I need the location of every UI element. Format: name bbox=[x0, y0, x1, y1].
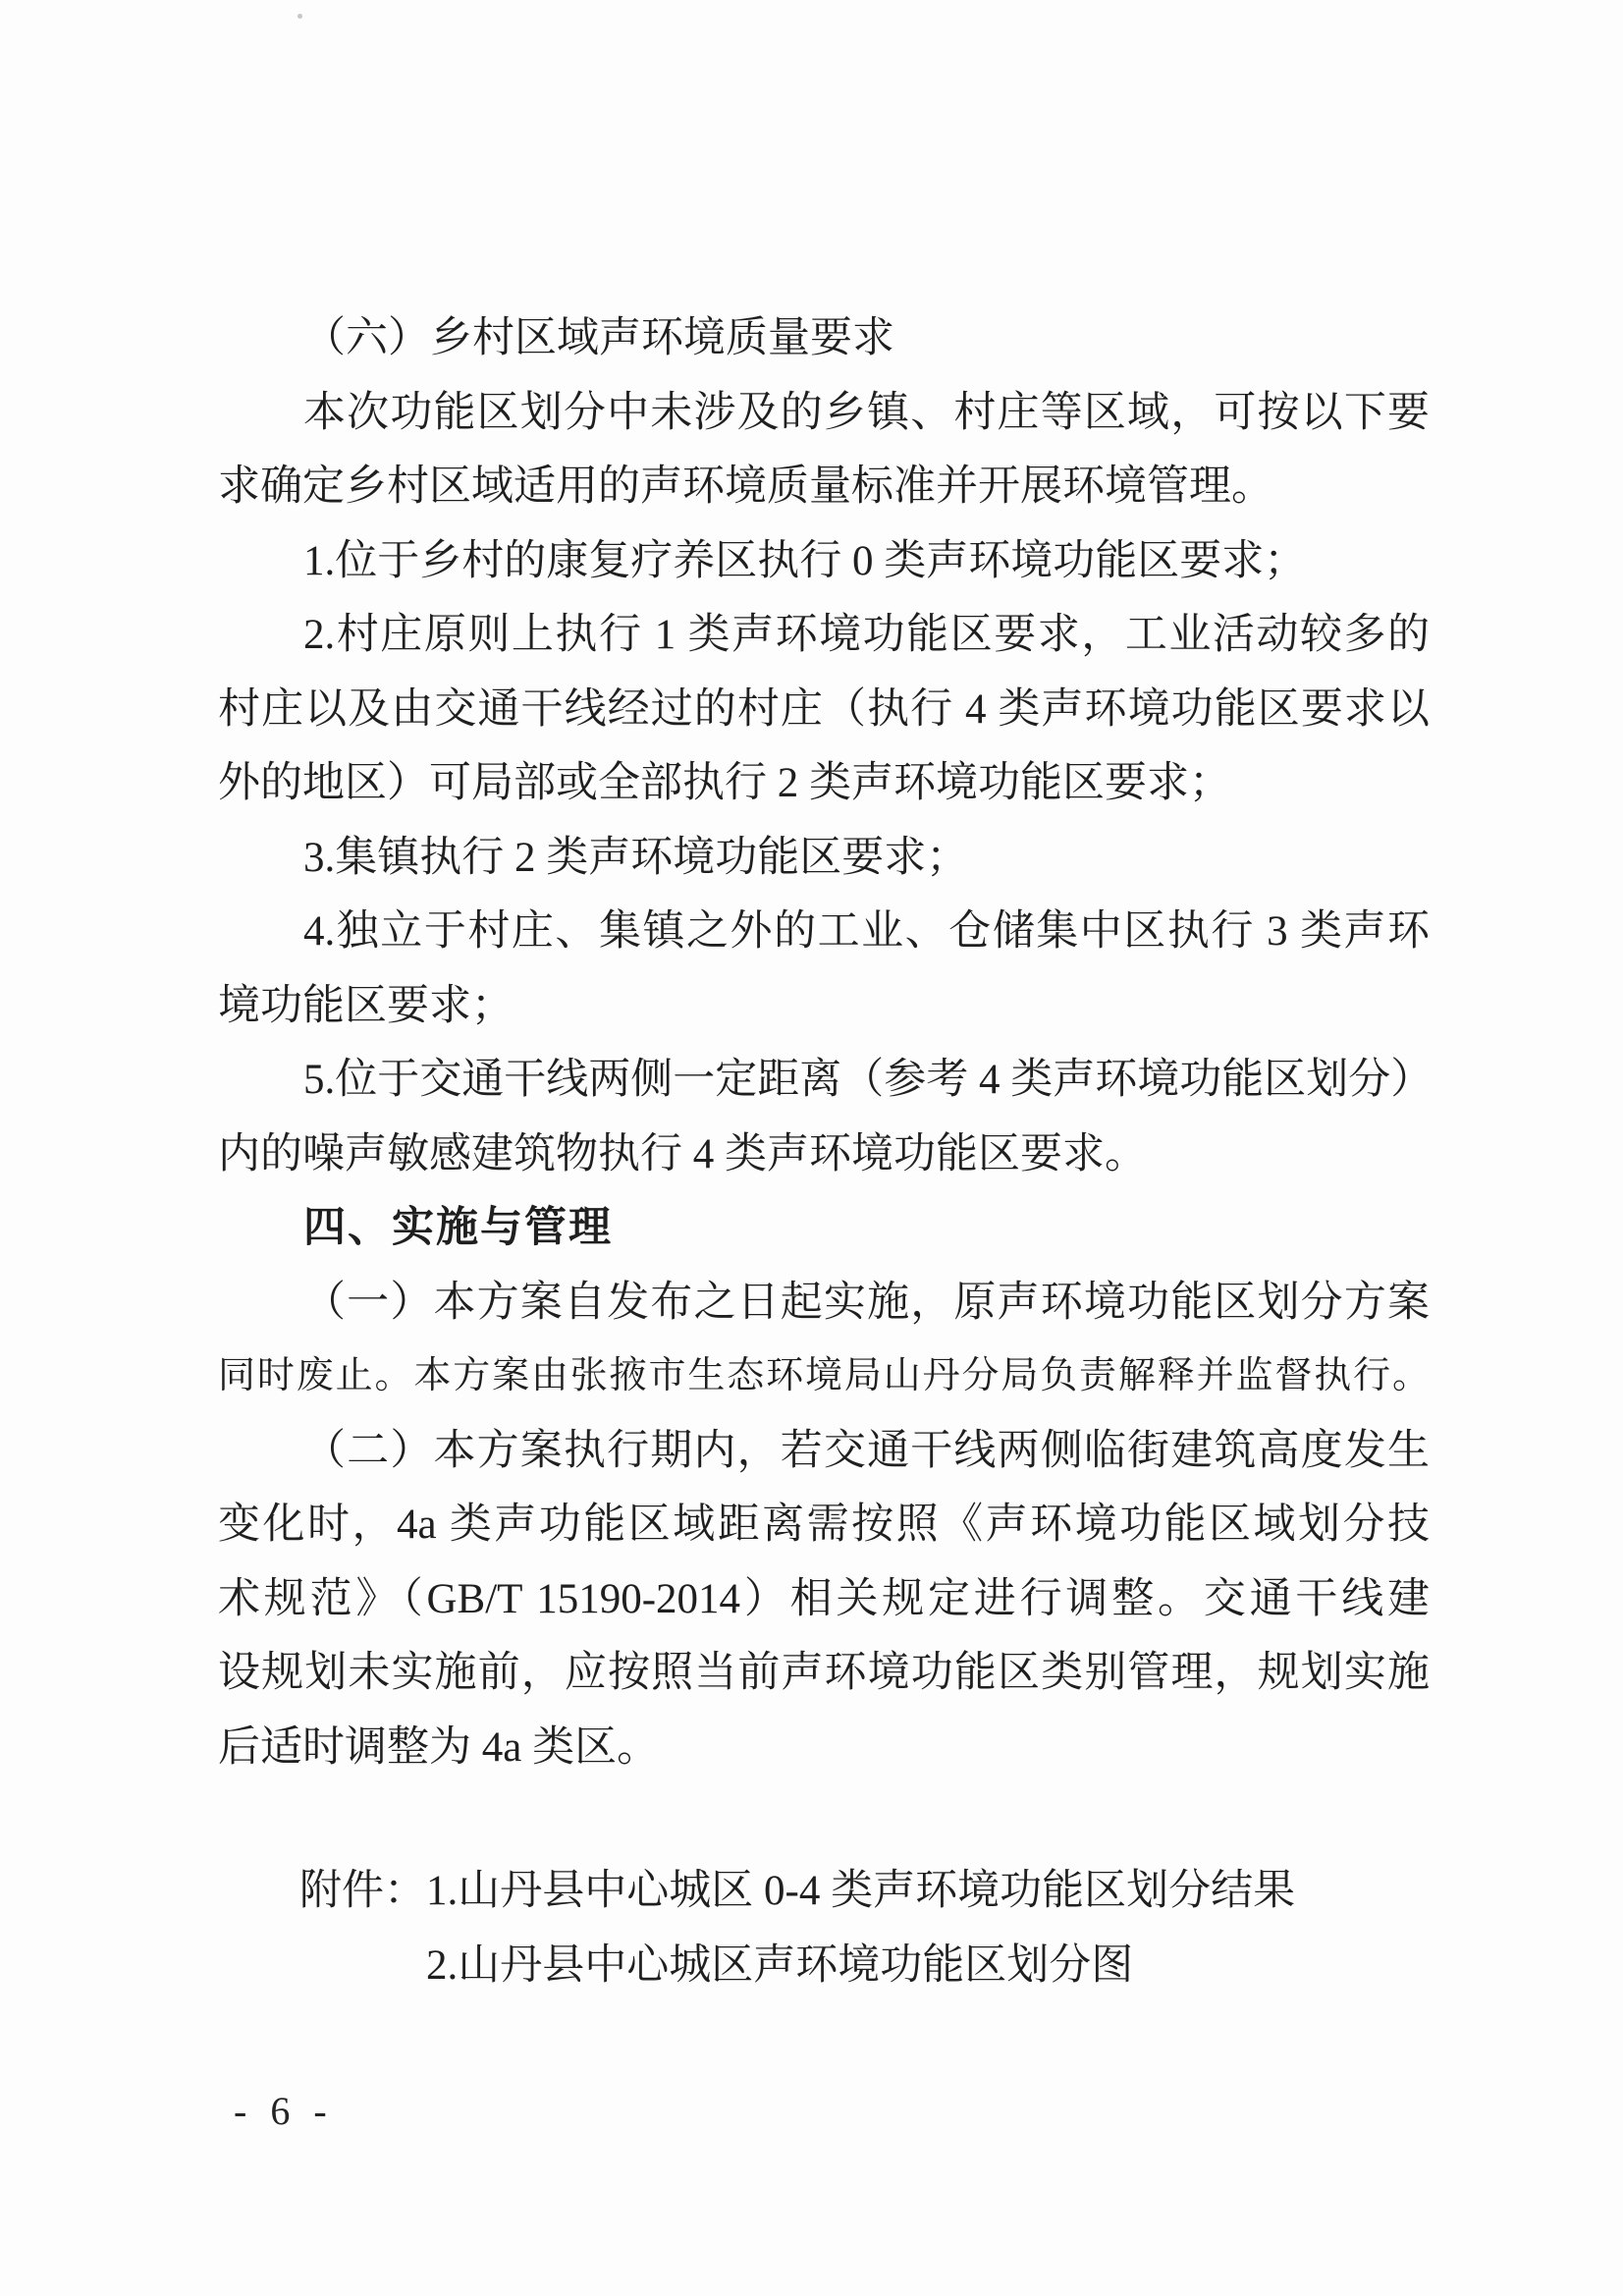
paragraph-line: 同时废止。本方案由张掖市生态环境局山丹分局负责解释并监督执行。 bbox=[218, 1339, 1430, 1414]
page-number: - 6 - bbox=[234, 2084, 334, 2139]
paragraph-line: 境功能区要求； bbox=[218, 969, 1430, 1044]
paragraph-line: 变化时，4a 类声功能区域距离需按照《声环境功能区域划分技 bbox=[218, 1488, 1430, 1562]
attachments-block: 附件：1.山丹县中心城区 0-4 类声环境功能区划分结果 2.山丹县中心城区声环… bbox=[299, 1854, 1295, 2003]
paragraph-line: 本次功能区划分中未涉及的乡镇、村庄等区域，可按以下要 bbox=[218, 376, 1430, 451]
list-item-3: 3.集镇执行 2 类声环境功能区要求； bbox=[218, 821, 1430, 896]
paragraph-line: （二）本方案执行期内，若交通干线两侧临街建筑高度发生 bbox=[218, 1414, 1430, 1489]
section-heading-six: （六）乡村区域声环境质量要求 bbox=[218, 301, 1430, 376]
attachment-row-1: 附件：1.山丹县中心城区 0-4 类声环境功能区划分结果 bbox=[299, 1854, 1295, 1929]
paragraph-line: 外的地区）可局部或全部执行 2 类声环境功能区要求； bbox=[218, 746, 1430, 821]
attachment-item-1: 1.山丹县中心城区 0-4 类声环境功能区划分结果 bbox=[426, 1854, 1295, 1929]
list-item-1: 1.位于乡村的康复疗养区执行 0 类声环境功能区要求； bbox=[218, 524, 1430, 599]
list-item-4: 4.独立于村庄、集镇之外的工业、仓储集中区执行 3 类声环 bbox=[218, 895, 1430, 969]
paragraph-line: 术规范》（GB/T 15190-2014）相关规定进行调整。交通干线建 bbox=[218, 1562, 1430, 1637]
list-item-2: 2.村庄原则上执行 1 类声环境功能区要求，工业活动较多的 bbox=[218, 598, 1430, 673]
section-heading-four: 四、实施与管理 bbox=[218, 1191, 1430, 1266]
document-body: （六）乡村区域声环境质量要求 本次功能区划分中未涉及的乡镇、村庄等区域，可按以下… bbox=[218, 301, 1430, 1784]
paragraph-line: 内的噪声敏感建筑物执行 4 类声环境功能区要求。 bbox=[218, 1118, 1430, 1192]
list-item-5: 5.位于交通干线两侧一定距离（参考 4 类声环境功能区划分） bbox=[218, 1043, 1430, 1118]
scan-speck bbox=[298, 14, 302, 19]
paragraph-line: 村庄以及由交通干线经过的村庄（执行 4 类声环境功能区要求以 bbox=[218, 673, 1430, 747]
paragraph-line: 后适时调整为 4a 类区。 bbox=[218, 1711, 1430, 1785]
scanned-document-page: （六）乡村区域声环境质量要求 本次功能区划分中未涉及的乡镇、村庄等区域，可按以下… bbox=[0, 0, 1623, 2296]
attachment-item-2: 2.山丹县中心城区声环境功能区划分图 bbox=[299, 1929, 1295, 2003]
paragraph-line: （一）本方案自发布之日起实施，原声环境功能区划分方案 bbox=[218, 1266, 1430, 1340]
paragraph-line: 设规划未实施前，应按照当前声环境功能区类别管理，规划实施 bbox=[218, 1636, 1430, 1711]
attachment-label: 附件： bbox=[299, 1854, 426, 1929]
paragraph-line: 求确定乡村区域适用的声环境质量标准并开展环境管理。 bbox=[218, 450, 1430, 524]
